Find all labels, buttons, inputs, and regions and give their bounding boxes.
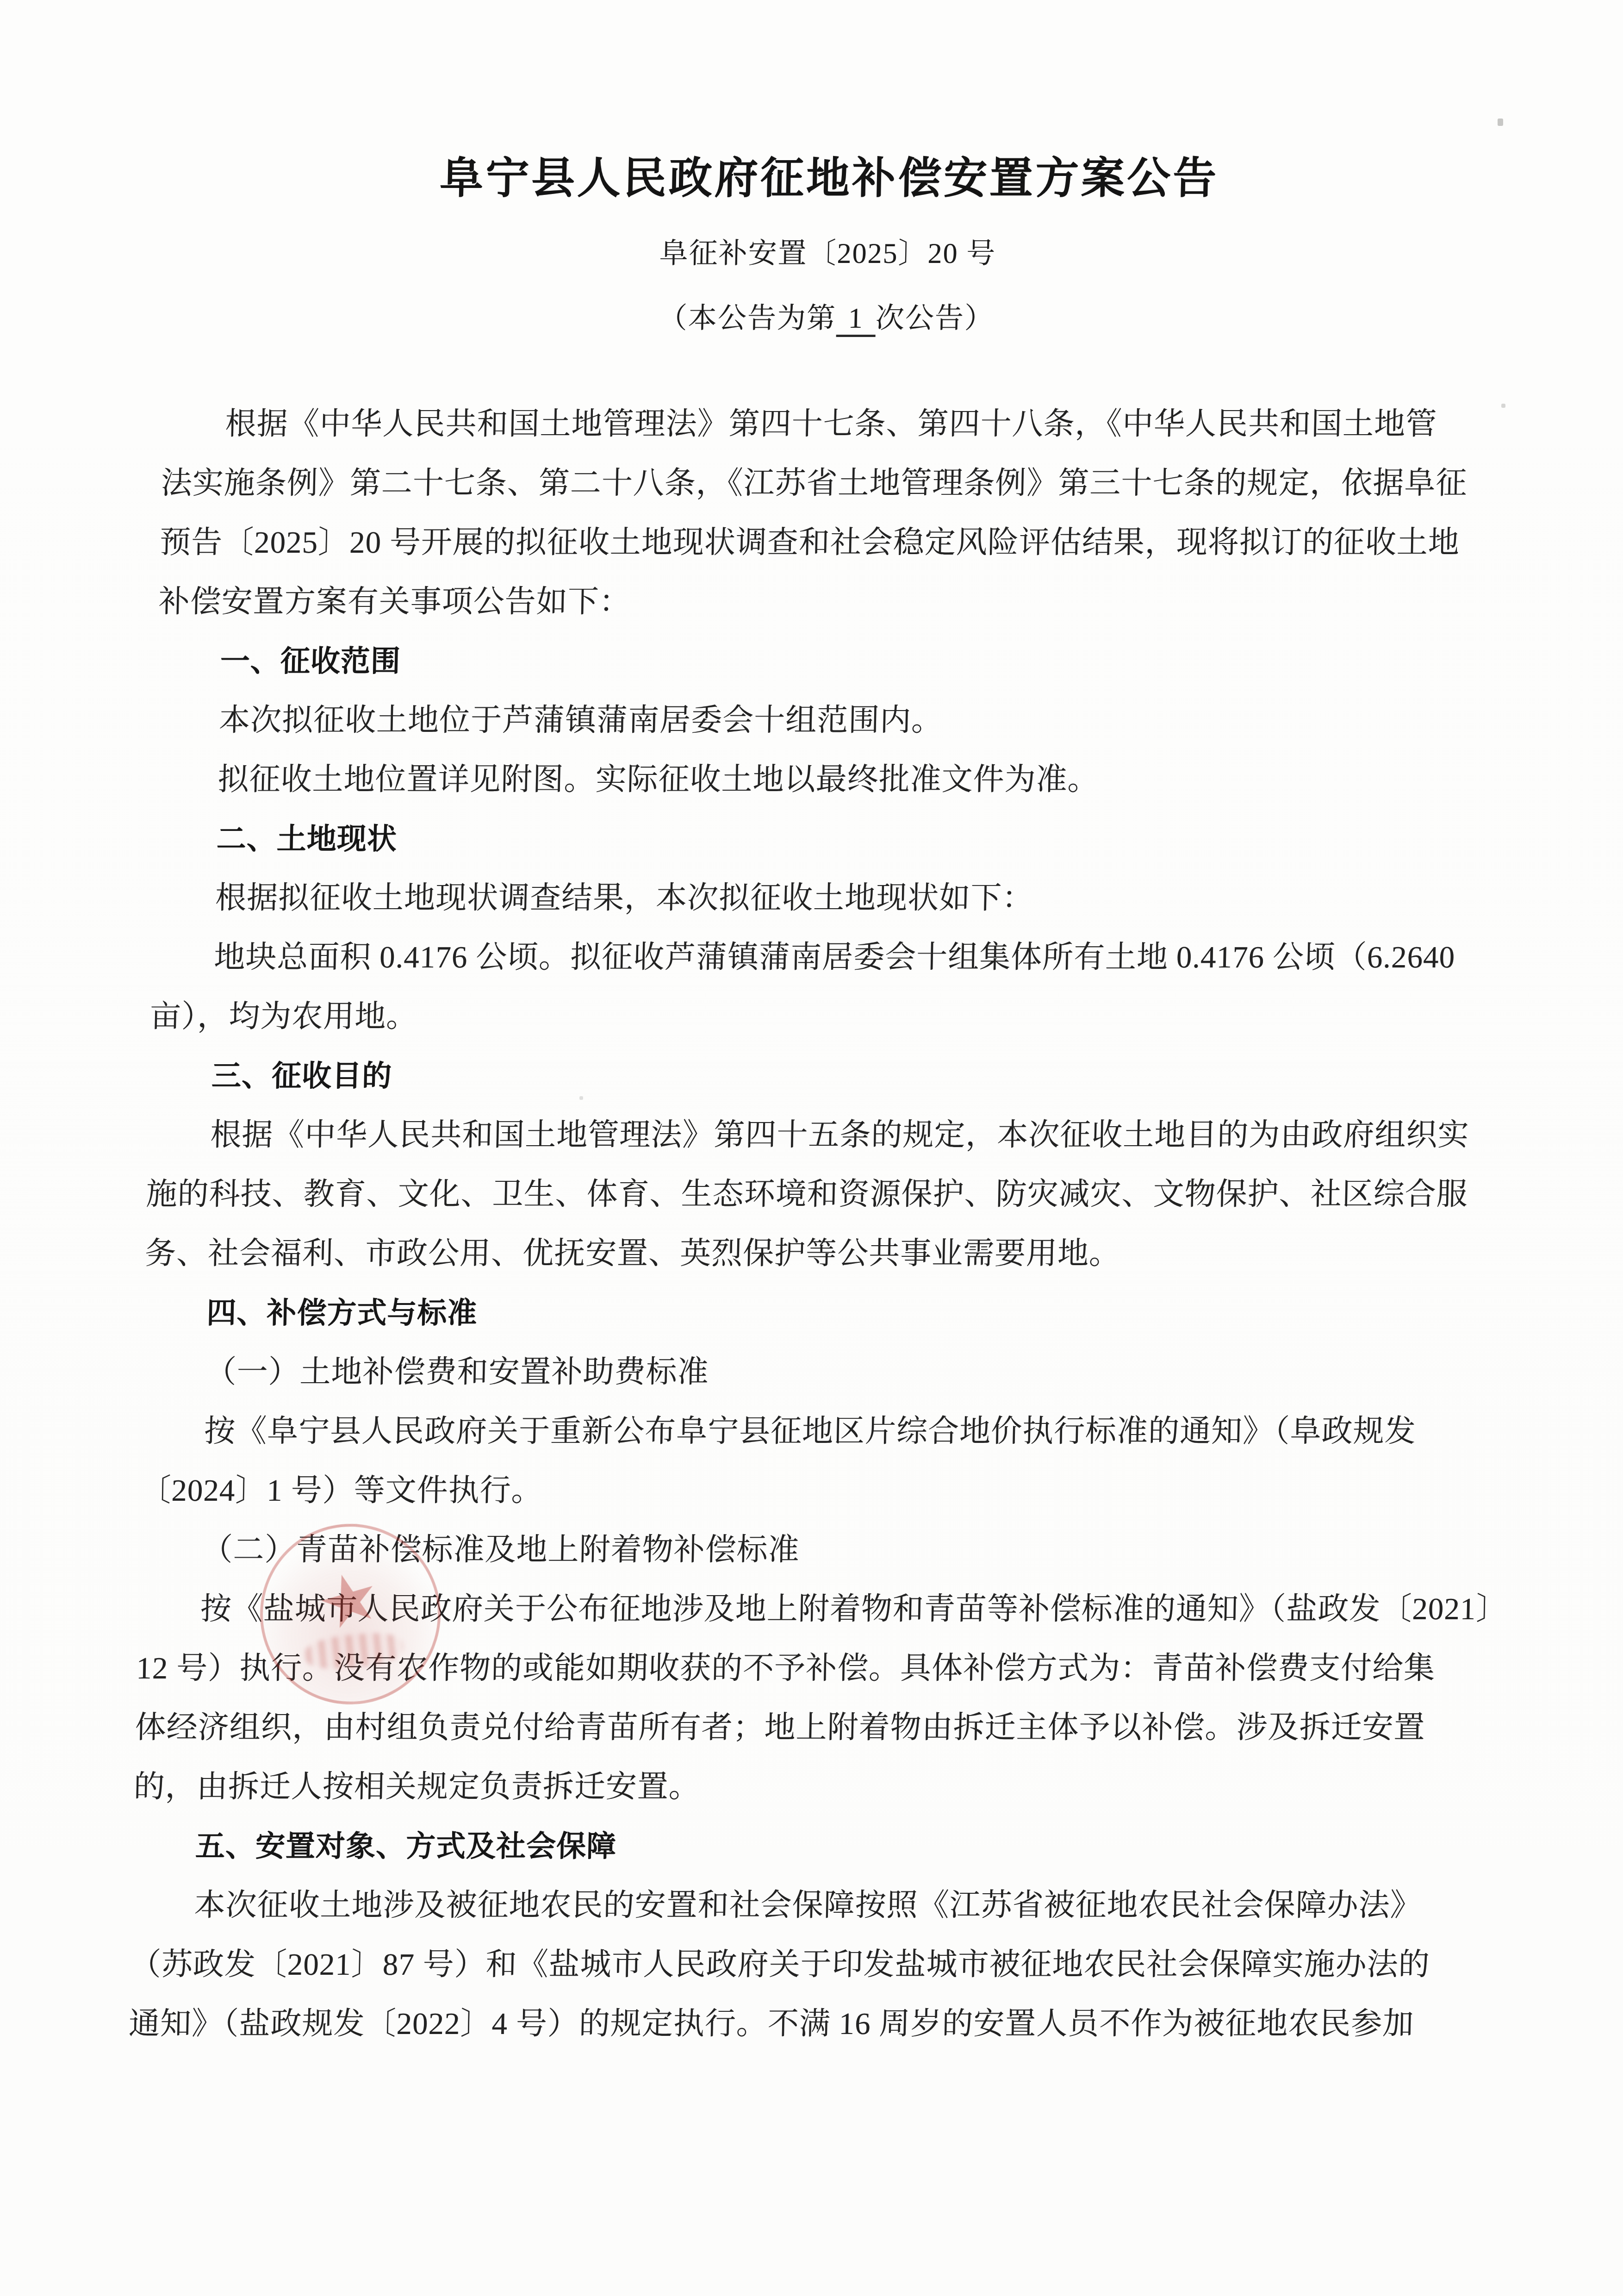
body-line: 二、土地现状 xyxy=(153,809,1478,868)
body-line: 的，由拆迁人按相关规定负责拆迁安置。 xyxy=(133,1757,1458,1816)
body-line: 通知》（盐政规发〔2022〕4 号）的规定执行。不满 16 周岁的安置人员不作为… xyxy=(128,1994,1453,2053)
body-line: （二）青苗补偿标准及地上附着物补偿标准 xyxy=(138,1520,1463,1579)
document-number: 阜征补安置〔2025〕20 号 xyxy=(165,233,1490,275)
scan-artifact xyxy=(579,1096,583,1100)
body-line: 补偿安置方案有关事项公告如下： xyxy=(158,572,1483,631)
document-title: 阜宁县人民政府征地补偿安置方案公告 xyxy=(167,150,1492,206)
note-prefix: （本公告为第 xyxy=(658,303,836,334)
body-line: 法实施条例》第二十七条、第二十八条，《江苏省土地管理条例》第三十七条的规定，依据… xyxy=(161,454,1486,513)
announcement-count-note: （本公告为第1次公告） xyxy=(164,298,1489,339)
scan-artifact xyxy=(1501,404,1505,408)
document-body: 根据《中华人民共和国土地管理法》第四十七条、第四十八条，《中华人民共和国土地管法… xyxy=(128,394,1486,2053)
body-line: 五、安置对象、方式及社会保障 xyxy=(132,1816,1457,1876)
body-line: 拟征收土地位置详见附图。实际征收土地以最终批准文件为准。 xyxy=(154,750,1479,809)
scanned-document-page: 阜宁县人民政府征地补偿安置方案公告 阜征补安置〔2025〕20 号 （本公告为第… xyxy=(0,0,1623,2296)
body-line: 〔2024〕1 号）等文件执行。 xyxy=(139,1461,1464,1520)
announcement-sequence-number: 1 xyxy=(836,302,876,337)
body-line: 根据《中华人民共和国土地管理法》第四十五条的规定，本次征收土地目的为由政府组织实 xyxy=(147,1105,1472,1165)
body-line: 12 号）执行。没有农作物的或能如期收获的不予补偿。具体补偿方式为：青苗补偿费支… xyxy=(136,1639,1461,1698)
body-line: 施的科技、教育、文化、卫生、体育、生态环境和资源保护、防灾减灾、文物保护、社区综… xyxy=(145,1165,1470,1224)
scan-artifact xyxy=(1498,119,1503,126)
body-line: 预告〔2025〕20 号开展的拟征收土地现状调查和社会稳定风险评估结果，现将拟订… xyxy=(159,513,1484,572)
note-suffix: 次公告） xyxy=(875,303,994,334)
body-line: 根据《中华人民共和国土地管理法》第四十七条、第四十八条，《中华人民共和国土地管 xyxy=(162,394,1486,454)
body-line: 本次征收土地涉及被征地农民的安置和社会保障按照《江苏省被征地农民社会保障办法》 xyxy=(131,1876,1455,1935)
document-content: 阜宁县人民政府征地补偿安置方案公告 阜征补安置〔2025〕20 号 （本公告为第… xyxy=(0,150,1623,2053)
body-line: 体经济组织，由村组负责兑付给青苗所有者；地上附着物由拆迁主体予以补偿。涉及拆迁安… xyxy=(134,1698,1459,1757)
body-line: 本次拟征收土地位于芦蒲镇蒲南居委会十组范围内。 xyxy=(155,691,1480,750)
body-line: 四、补偿方式与标准 xyxy=(143,1283,1468,1342)
body-line: 务、社会福利、市政公用、优抚安置、英烈保护等公共事业需要用地。 xyxy=(144,1224,1469,1283)
body-line: （一）土地补偿费和安置补助费标准 xyxy=(142,1342,1467,1402)
body-line: 一、征收范围 xyxy=(157,631,1482,691)
body-line: 地块总面积 0.4176 公顷。拟征收芦蒲镇蒲南居委会十组集体所有土地 0.41… xyxy=(150,928,1475,987)
body-line: 按《盐城市人民政府关于公布征地涉及地上附着物和青苗等补偿标准的通知》（盐政发〔2… xyxy=(137,1579,1462,1639)
body-line: 三、征收目的 xyxy=(148,1046,1473,1105)
body-line: 根据拟征收土地现状调查结果，本次拟征收土地现状如下： xyxy=(152,868,1477,928)
body-line: （苏政发〔2021〕87 号）和《盐城市人民政府关于印发盐城市被征地农民社会保障… xyxy=(130,1935,1455,1994)
body-line: 亩），均为农用地。 xyxy=(149,987,1474,1046)
body-line: 按《阜宁县人民政府关于重新公布阜宁县征地区片综合地价执行标准的通知》（阜政规发 xyxy=(141,1402,1466,1461)
